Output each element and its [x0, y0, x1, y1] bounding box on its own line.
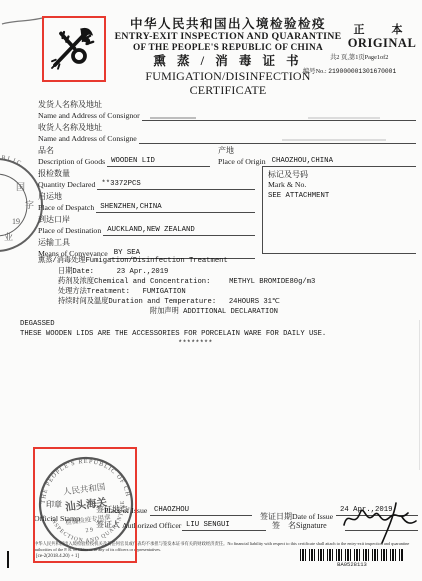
consignor-row: Name and Address of Consignor — [38, 110, 416, 121]
redaction-smudge — [282, 139, 386, 141]
consignor-label-cn: 发货人名称及地址 — [38, 100, 102, 110]
original-block: 正 本 ORIGINAL — [344, 24, 420, 50]
mark-label-en: Mark & No. — [268, 180, 416, 190]
side-stamp-char: 字 — [25, 199, 34, 210]
consignee-value-line — [139, 132, 416, 144]
copy-type-en: ORIGINAL — [344, 36, 420, 50]
consignee-label-en: Name and Address of Consigne — [38, 134, 139, 144]
date-of-issue-label-en: Date of Issue — [292, 512, 333, 521]
treatment-duration-label: 持续时间及温度Duration and Temperature: — [58, 298, 216, 306]
treatment-duration-value: 24HOURS 31℃ — [229, 298, 280, 306]
emblem-highlight-box — [42, 16, 106, 82]
treatment-date-value: 23 Apr.,2019 — [117, 268, 169, 276]
certificate-page: 中华人民共和国出入境检验检疫 ENTRY-EXIT INSPECTION AND… — [0, 0, 422, 581]
quantity-value: **3372PCS — [101, 180, 140, 189]
org-title-cn: 中华人民共和国出入境检验检疫 — [106, 17, 350, 31]
treatment-method-value: FUMIGATION — [143, 288, 186, 296]
destination-row: Place of Destination AUCKLAND,NEW ZEALAN… — [38, 225, 255, 236]
place-of-issue-value: CHAOZHOU — [154, 506, 189, 515]
mark-value: SEE ATTACHMENT — [268, 192, 416, 201]
side-stamp: UBLIC 国 字 19 业 — [0, 150, 56, 260]
goods-row: Description of Goods WOODEN LID — [38, 156, 210, 167]
pen-tick — [7, 551, 9, 568]
svg-text:UBLIC: UBLIC — [0, 155, 24, 168]
signature-label: 签 名Signature — [272, 521, 327, 531]
treatment-date-label: 日期Date: — [58, 268, 94, 276]
origin-label-en: Place of Origin — [218, 157, 268, 167]
barcode — [300, 549, 404, 561]
side-stamp-char: 国 — [16, 182, 25, 192]
officer-value: LIU SENGUI — [186, 521, 230, 530]
scan-artifact — [419, 320, 420, 470]
mark-label-cn: 标记及号码 — [268, 170, 416, 180]
treatment-chemical-label: 药剂及浓度Chemical and Concentration: — [58, 278, 210, 286]
additional-declaration-heading: 附加声明 ADDITIONAL DECLARATION — [150, 308, 278, 317]
goods-value: WOODEN LID — [111, 157, 155, 166]
treatment-chemical-value: METHYL BROMIDE80g/m3 — [229, 278, 315, 286]
org-title-en2: OF THE PEOPLE'S REPUBLIC OF CHINA — [106, 43, 350, 54]
org-title-en1: ENTRY-EXIT INSPECTION AND QUARANTINE — [106, 31, 350, 43]
origin-label-cn: 产地 — [218, 146, 234, 156]
redaction-smudge — [308, 117, 380, 119]
consignor-value-line — [142, 109, 416, 121]
certificate-number-label: 编号No.: — [303, 68, 327, 75]
page-count: 共2 页,第1页Page1of2 — [330, 54, 420, 62]
despatch-row: Place of Despatch SHENZHEN,CHINA — [38, 202, 255, 213]
side-stamp-char: 19 — [12, 217, 20, 226]
stamp-highlight-box — [33, 447, 137, 563]
origin-value: CHAOZHOU,CHINA — [272, 157, 333, 166]
certificate-number: 编号No.: 219000001301670001 — [303, 67, 396, 76]
treatment-duration-row: 持续时间及温度Duration and Temperature: 24HOURS… — [58, 298, 280, 307]
place-of-issue-line: CHAOZHOU — [150, 505, 252, 516]
despatch-value: SHENZHEN,CHINA — [100, 203, 161, 212]
declaration-end-mark: ******** — [178, 340, 213, 349]
certificate-number-value: 219000001301670001 — [328, 68, 396, 75]
side-stamp-char: 业 — [4, 231, 13, 242]
quantity-row: Quantity Declared **3372PCS — [38, 179, 255, 190]
treatment-method-label: 处理方法Treatment: — [58, 288, 130, 296]
treatment-heading: 熏蒸/消毒处理Fumigation/Disinfection Treatment — [38, 257, 228, 266]
officer-line: LIU SENGUI — [182, 520, 266, 531]
destination-value: AUCKLAND,NEW ZEALAND — [107, 226, 195, 235]
consignor-label-en: Name and Address of Consignor — [38, 111, 142, 121]
treatment-method-row: 处理方法Treatment: FUMIGATION — [58, 288, 186, 297]
redaction-smudge — [150, 117, 196, 119]
treatment-date-row: 日期Date: 23 Apr.,2019 — [58, 268, 168, 277]
consignee-label-cn: 收货人名称及地址 — [38, 123, 102, 133]
barcode-text: BA0528113 — [300, 561, 404, 568]
copy-type-cn: 正 本 — [344, 24, 420, 36]
treatment-chemical-row: 药剂及浓度Chemical and Concentration: METHYL … — [58, 278, 315, 287]
side-stamp-ring-text: UBLIC — [0, 155, 24, 168]
header: 中华人民共和国出入境检验检疫 ENTRY-EXIT INSPECTION AND… — [106, 17, 350, 97]
declaration-line1: DEGASSED — [20, 320, 55, 329]
mark-and-no-box: 标记及号码 Mark & No. SEE ATTACHMENT — [262, 166, 416, 254]
declaration-line2: THESE WOODEN LIDS ARE THE ACCESSORIES FO… — [20, 330, 326, 339]
handwritten-signature — [338, 495, 422, 545]
